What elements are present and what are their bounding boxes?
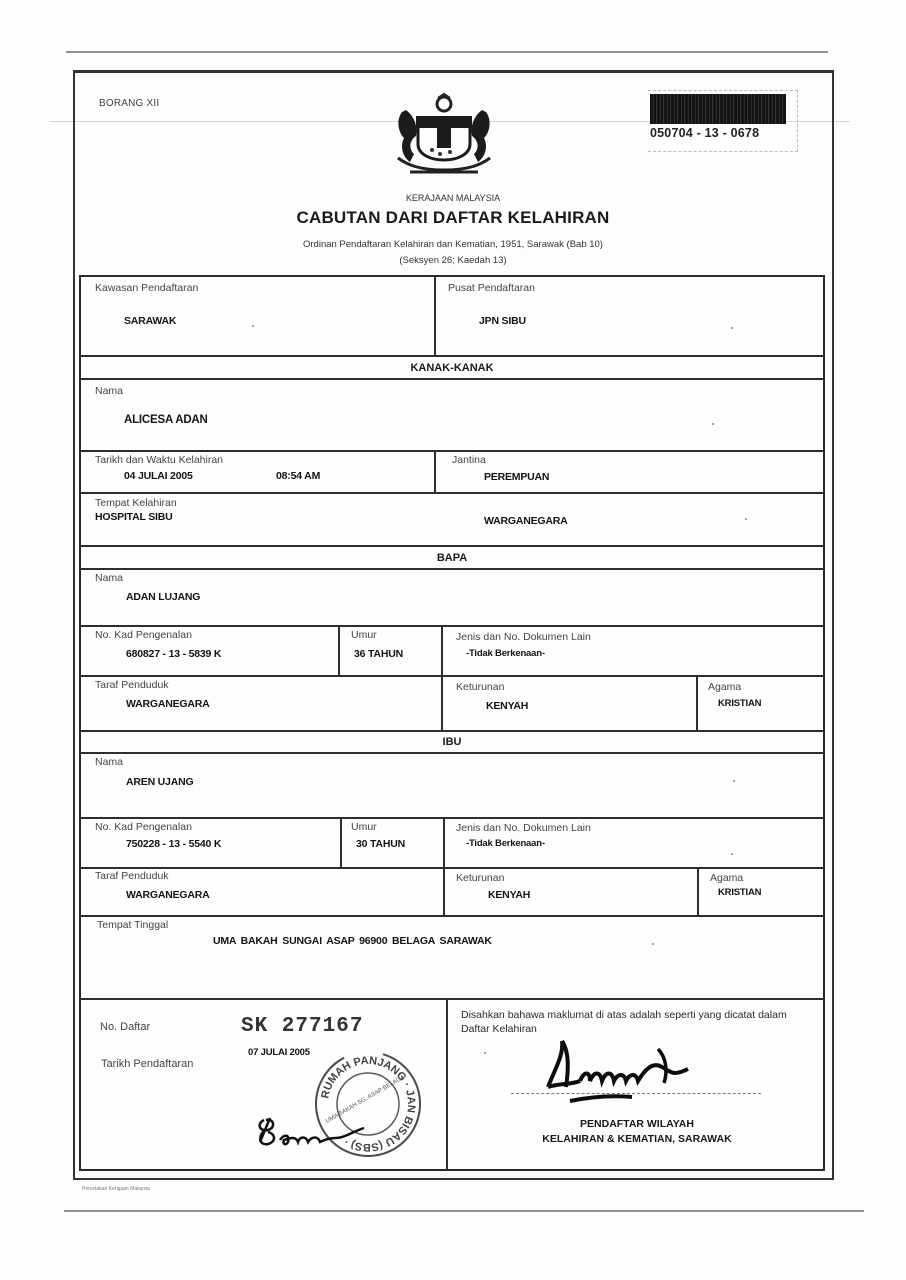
registration-date-label: Tarikh Pendaftaran — [101, 1058, 193, 1070]
registrar-office: KELAHIRAN & KEMATIAN, SARAWAK — [447, 1133, 827, 1145]
registration-date-value: 07 JULAI 2005 — [248, 1047, 310, 1058]
mother-residency-label: Taraf Penduduk — [95, 870, 169, 882]
row-divider — [79, 625, 825, 627]
row-divider — [79, 998, 825, 1000]
certification-statement: Disahkan bahawa maklumat di atas adalah … — [461, 1008, 801, 1036]
government-name: KERAJAAN MALAYSIA — [0, 193, 906, 203]
mother-residency-value: WARGANEGARA — [126, 889, 210, 901]
coat-of-arms-icon — [388, 92, 500, 180]
registrar-title: PENDAFTAR WILAYAH — [447, 1118, 827, 1130]
registration-area-label: Kawasan Pendaftaran — [95, 282, 198, 294]
mother-name-label: Nama — [95, 756, 123, 768]
child-name-label: Nama — [95, 385, 123, 397]
mother-name-value: AREN UJANG — [126, 776, 193, 788]
column-divider — [696, 676, 698, 731]
column-divider — [434, 277, 436, 357]
printer-note: Percetakan Kerajaan Malaysia — [82, 1186, 150, 1192]
father-name-label: Nama — [95, 572, 123, 584]
registration-centre-label: Pusat Pendaftaran — [448, 282, 535, 294]
residence-value: UMA BAKAH SUNGAI ASAP 96900 BELAGA SARAW… — [213, 935, 492, 947]
birth-datetime-label: Tarikh dan Waktu Kelahiran — [95, 454, 223, 466]
column-divider — [340, 818, 342, 868]
register-no-label: No. Daftar — [100, 1021, 150, 1033]
father-ic-label: No. Kad Pengenalan — [95, 629, 192, 641]
column-divider — [338, 626, 340, 676]
registrar-signature-icon — [540, 1037, 700, 1105]
row-divider — [79, 817, 825, 819]
father-name-value: ADAN LUJANG — [126, 591, 200, 603]
registration-area-value: SARAWAK — [124, 315, 176, 327]
column-divider — [434, 451, 436, 493]
scan-speck — [252, 325, 254, 327]
section-rule-reference: (Seksyen 26; Kaedah 13) — [0, 255, 906, 266]
row-divider — [79, 730, 825, 732]
father-religion-label: Agama — [708, 681, 741, 693]
redacted-barcode — [650, 94, 786, 124]
registration-table — [79, 275, 825, 1171]
scan-edge-bottom — [64, 1210, 864, 1212]
mother-age-value: 30 TAHUN — [356, 838, 405, 850]
row-divider — [79, 675, 825, 677]
child-name-value: ALICESA ADAN — [124, 414, 208, 426]
row-divider — [79, 752, 825, 754]
residence-label: Tempat Tinggal — [97, 919, 168, 931]
scan-speck — [712, 423, 714, 425]
row-divider — [79, 568, 825, 570]
gender-label: Jantina — [452, 454, 486, 466]
row-divider — [79, 867, 825, 869]
row-divider — [79, 378, 825, 380]
registration-centre-value: JPN SIBU — [479, 315, 526, 327]
birthplace-label: Tempat Kelahiran — [95, 497, 177, 509]
birthplace-value: HOSPITAL SIBU — [95, 511, 173, 523]
father-residency-label: Taraf Penduduk — [95, 679, 169, 691]
child-citizenship-value: WARGANEGARA — [484, 515, 568, 527]
mother-ic-label: No. Kad Pengenalan — [95, 821, 192, 833]
ordinance-reference: Ordinan Pendaftaran Kelahiran dan Kemati… — [0, 239, 906, 250]
scan-speck — [745, 518, 747, 520]
section-child-title: KANAK-KANAK — [79, 362, 825, 374]
mother-ethnicity-value: KENYAH — [488, 889, 530, 901]
mother-other-doc-value: -Tidak Berkenaan- — [466, 838, 545, 849]
gender-value: PEREMPUAN — [484, 471, 549, 483]
column-divider — [446, 999, 448, 1171]
register-no-value: SK 277167 — [241, 1015, 363, 1038]
mother-ic-value: 750228 - 13 - 5540 K — [126, 838, 221, 850]
mother-age-label: Umur — [351, 821, 377, 833]
scan-speck — [733, 780, 735, 782]
father-religion-value: KRISTIAN — [718, 698, 761, 709]
birth-date-value: 04 JULAI 2005 — [124, 470, 193, 482]
column-divider — [697, 868, 699, 916]
row-divider — [79, 492, 825, 494]
section-mother-title: IBU — [79, 736, 825, 748]
father-ic-value: 680827 - 13 - 5839 K — [126, 648, 221, 660]
father-age-value: 36 TAHUN — [354, 648, 403, 660]
scan-speck — [652, 943, 654, 945]
father-ethnicity-value: KENYAH — [486, 700, 528, 712]
row-divider — [79, 545, 825, 547]
scan-speck — [731, 853, 733, 855]
father-other-doc-label: Jenis dan No. Dokumen Lain — [456, 631, 591, 643]
row-divider — [79, 355, 825, 357]
mother-religion-value: KRISTIAN — [718, 887, 761, 898]
form-code: BORANG XII — [99, 98, 159, 109]
scan-edge-top — [66, 51, 828, 53]
father-residency-value: WARGANEGARA — [126, 698, 210, 710]
scan-speck — [484, 1052, 486, 1054]
certificate-serial: 050704 - 13 - 0678 — [650, 126, 759, 140]
document-title: CABUTAN DARI DAFTAR KELAHIRAN — [0, 208, 906, 228]
signature-line — [511, 1093, 761, 1094]
father-age-label: Umur — [351, 629, 377, 641]
row-divider — [79, 450, 825, 452]
father-other-doc-value: -Tidak Berkenaan- — [466, 648, 545, 659]
mother-other-doc-label: Jenis dan No. Dokumen Lain — [456, 822, 591, 834]
father-ethnicity-label: Keturunan — [456, 681, 504, 693]
informant-signature-icon — [252, 1112, 372, 1154]
mother-religion-label: Agama — [710, 872, 743, 884]
mother-ethnicity-label: Keturunan — [456, 872, 504, 884]
row-divider — [79, 915, 825, 917]
section-father-title: BAPA — [79, 552, 825, 564]
scan-speck — [731, 327, 733, 329]
column-divider — [441, 626, 443, 731]
birth-time-value: 08:54 AM — [276, 470, 320, 482]
